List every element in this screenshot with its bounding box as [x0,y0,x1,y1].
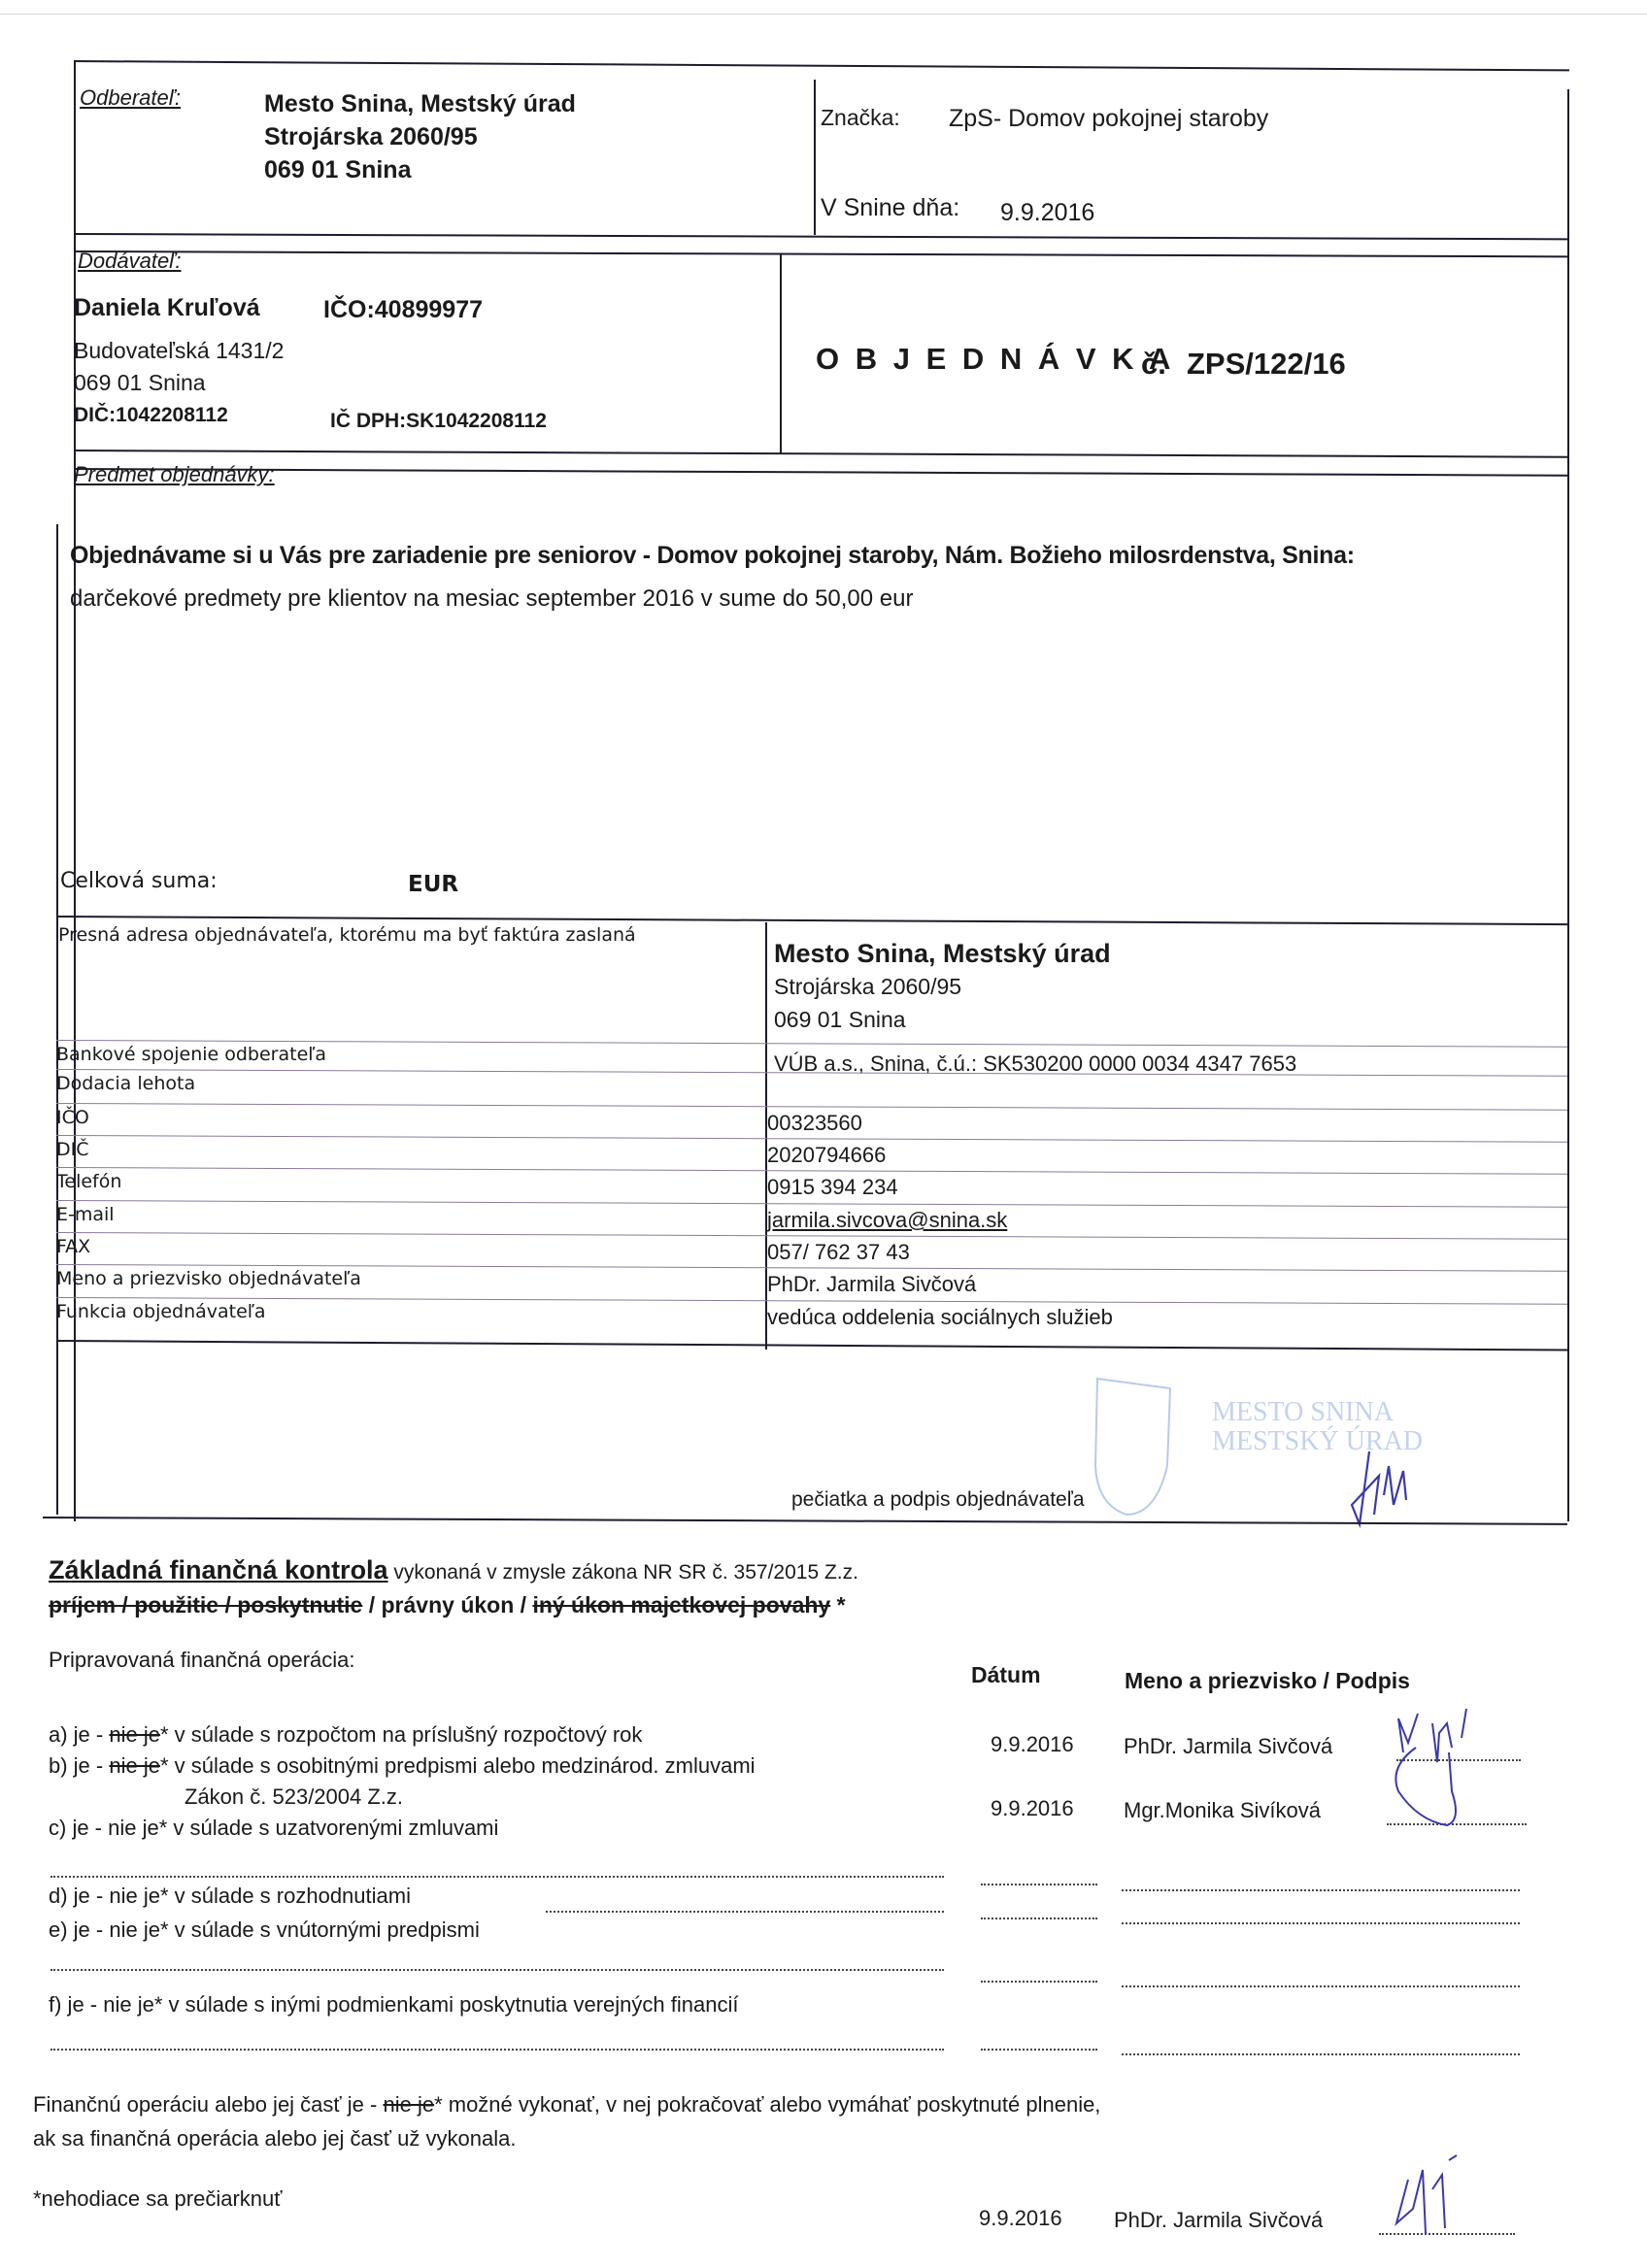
detail-value: 0915 394 234 [767,1175,898,1200]
control-type-kept: / právny úkon / [362,1592,532,1618]
blank-signature-line[interactable] [1122,1985,1520,1987]
detail-value: 2020794666 [767,1143,886,1168]
row-divider [56,1232,1567,1240]
detail-label: Telefón [56,1171,121,1192]
col-name-header: Meno a priezvisko / Podpis [1125,1668,1410,1694]
signer-2-date: 9.9.2016 [991,1796,1074,1821]
control-heading: Základná finančná kontrola vykonaná v zm… [49,1555,858,1585]
detail-value: 00323560 [767,1111,862,1136]
row-divider [56,1167,1567,1175]
control-type-star: * [830,1592,845,1618]
footnote: *nehodiace sa prečiarknuť [33,2186,283,2212]
item-text: * v súlade s rozhodnutiami [160,1884,411,1908]
scan-edge [0,14,1647,15]
blank-line[interactable] [50,1876,944,1878]
email-link[interactable]: jarmila.sivcova@snina.sk [767,1208,1007,1233]
detail-value: 057/ 762 37 43 [767,1240,910,1265]
znacka-value: ZpS- Domov pokojnej staroby [949,105,1268,133]
item-text: * v súlade s vnútornými predpismi [160,1918,480,1942]
item-prefix: b) je - [49,1753,109,1778]
detail-label: Bankové spojenie odberateľa [56,1044,326,1065]
item-text: * v súlade s uzatvorenými zmluvami [159,1816,499,1840]
detail-label: Meno a priezvisko objednávateľa [56,1268,361,1289]
item-prefix: c) je - nie je [49,1816,159,1840]
detail-label: Funkcia objednávateľa [56,1301,266,1322]
dodavatel-street: Budovateľská 1431/2 [74,338,284,364]
detail-label: Dodacia lehota [56,1073,195,1094]
blank-date-line[interactable] [981,1981,1097,1983]
final-signer-date: 9.9.2016 [979,2206,1062,2231]
detail-value: vedúca oddelenia sociálnych služieb [767,1305,1113,1330]
dodavatel-label: Dodávateľ: [78,249,181,274]
control-law: vykonaná v zmysle zákona NR SR č. 357/20… [388,1561,858,1584]
control-item: a) je - nie je* v súlade s rozpočtom na … [49,1722,642,1748]
predmet-line1: Objednávame si u Vás pre zariadenie pre … [70,542,1355,570]
final-statement-line2: ak sa finančná operácia alebo jej časť u… [33,2126,516,2151]
stamp-caption: pečiatka a podpis objednávateľa [791,1488,1085,1512]
control-title: Základná finančná kontrola [49,1555,388,1584]
final-prefix: Finančnú operáciu alebo jej časť je - [33,2092,383,2117]
dodavatel-ico: IČO:40899977 [323,296,483,324]
final-signer-name: PhDr. Jarmila Sivčová [1114,2208,1323,2233]
stamp-text-line1: MESTO SNINA [1212,1398,1423,1427]
item-text: * v súlade s osobitnými predpismi alebo … [160,1753,756,1778]
item-prefix: f) je - nie je [49,1992,154,2017]
col-date-header: Dátum [971,1662,1041,1688]
control-item: b) je - nie je* v súlade s osobitnými pr… [49,1753,756,1779]
item-text: * v súlade s inými podmienkami poskytnut… [154,1992,739,2017]
total-currency: EUR [408,872,458,897]
odberatel-city: 069 01 Snina [264,153,576,186]
predmet-label: Predmet objednávky: [74,462,275,487]
control-item: f) je - nie je* v súlade s inými podmien… [49,1992,738,2018]
signer-2-name: Mgr.Monika Sivíková [1124,1798,1321,1823]
control-type-struck-2: iný úkon majetkovej povahy [532,1592,830,1618]
blank-date-line[interactable] [981,2049,1097,2051]
dodavatel-ic-dph: IČ DPH:SK1042208112 [330,410,547,433]
odberatel-address: Mesto Snina, Mestský úrad Strojárska 206… [264,87,576,186]
signer-1-date: 9.9.2016 [991,1732,1074,1757]
item-text: * v súlade s rozpočtom na príslušný rozp… [160,1722,642,1747]
row-divider [56,1297,1567,1305]
date-value: 9.9.2016 [1000,199,1094,227]
invoice-address-street: Strojárska 2060/95 [774,970,1111,1003]
item-prefix: d) je - nie je [49,1884,160,1908]
znacka-label: Značka: [821,105,900,131]
dodavatel-dic: DIČ:1042208112 [74,404,228,427]
invoice-address-name: Mesto Snina, Mestský úrad [774,937,1111,970]
control-item: c) je - nie je* v súlade s uzatvorenými … [49,1816,498,1841]
order-number-prefix: č. [1141,347,1166,382]
item-struck: nie je [109,1722,160,1747]
blank-line[interactable] [546,1911,944,1913]
item-text: Zákon č. 523/2004 Z.z. [185,1784,403,1809]
blank-line[interactable] [50,1969,944,1971]
invoice-address: Mesto Snina, Mestský úrad Strojárska 206… [774,937,1111,1036]
predmet-line2: darčekové predmety pre klientov na mesia… [70,585,913,613]
final-rest: * možné vykonať, v nej pokračovať alebo … [434,2092,1100,2117]
row-divider [56,1135,1567,1143]
order-title: O B J E D N Á V K A [816,342,1174,377]
blank-signature-line[interactable] [1122,1922,1520,1924]
operation-label: Pripravovaná finančná operácia: [49,1648,355,1673]
row-divider [56,1103,1567,1111]
signature-icon [1389,2141,1466,2257]
detail-label: DIČ [56,1139,89,1160]
odberatel-street: Strojárska 2060/95 [264,120,576,153]
total-label: Celková suma: [60,869,218,893]
date-label: V Snine dňa: [821,194,959,222]
item-struck: nie je [109,1753,160,1778]
dodavatel-name: Daniela Kruľová [74,294,260,322]
invoice-address-label: Presná adresa objednávateľa, ktorému ma … [58,924,636,946]
order-number: ZPS/122/16 [1187,347,1346,382]
dodavatel-city: 069 01 Snina [74,370,206,396]
odberatel-label: Odberateľ: [80,85,181,111]
odberatel-name: Mesto Snina, Mestský úrad [264,87,576,120]
control-type: príjem / použitie / poskytnutie / právny… [49,1592,846,1618]
blank-line[interactable] [50,2049,944,2051]
signature-icon [1379,1694,1534,1840]
blank-date-line[interactable] [981,1918,1097,1919]
control-type-struck-1: príjem / použitie / poskytnutie [49,1592,362,1618]
final-struck: nie je [383,2092,434,2117]
blank-date-line[interactable] [981,1884,1097,1885]
row-divider [56,1200,1567,1208]
item-prefix: a) je - [49,1722,109,1747]
blank-signature-line[interactable] [1122,2053,1520,2055]
final-statement-line1: Finančnú operáciu alebo jej časť je - ni… [33,2092,1100,2118]
control-item: Zákon č. 523/2004 Z.z. [185,1784,403,1810]
detail-label: IČO [56,1107,89,1128]
signature-icon [1330,1437,1428,1544]
blank-signature-line[interactable] [1122,1889,1520,1891]
item-prefix: e) je - nie je [49,1918,160,1942]
detail-value: PhDr. Jarmila Sivčová [767,1272,976,1297]
signer-1-name: PhDr. Jarmila Sivčová [1124,1734,1332,1759]
control-item: d) je - nie je* v súlade s rozhodnutiami [49,1884,411,1909]
control-item: e) je - nie je* v súlade s vnútornými pr… [49,1918,480,1943]
detail-label: FAX [56,1236,90,1257]
invoice-address-city: 069 01 Snina [774,1003,1111,1036]
detail-label: E-mail [56,1204,115,1225]
